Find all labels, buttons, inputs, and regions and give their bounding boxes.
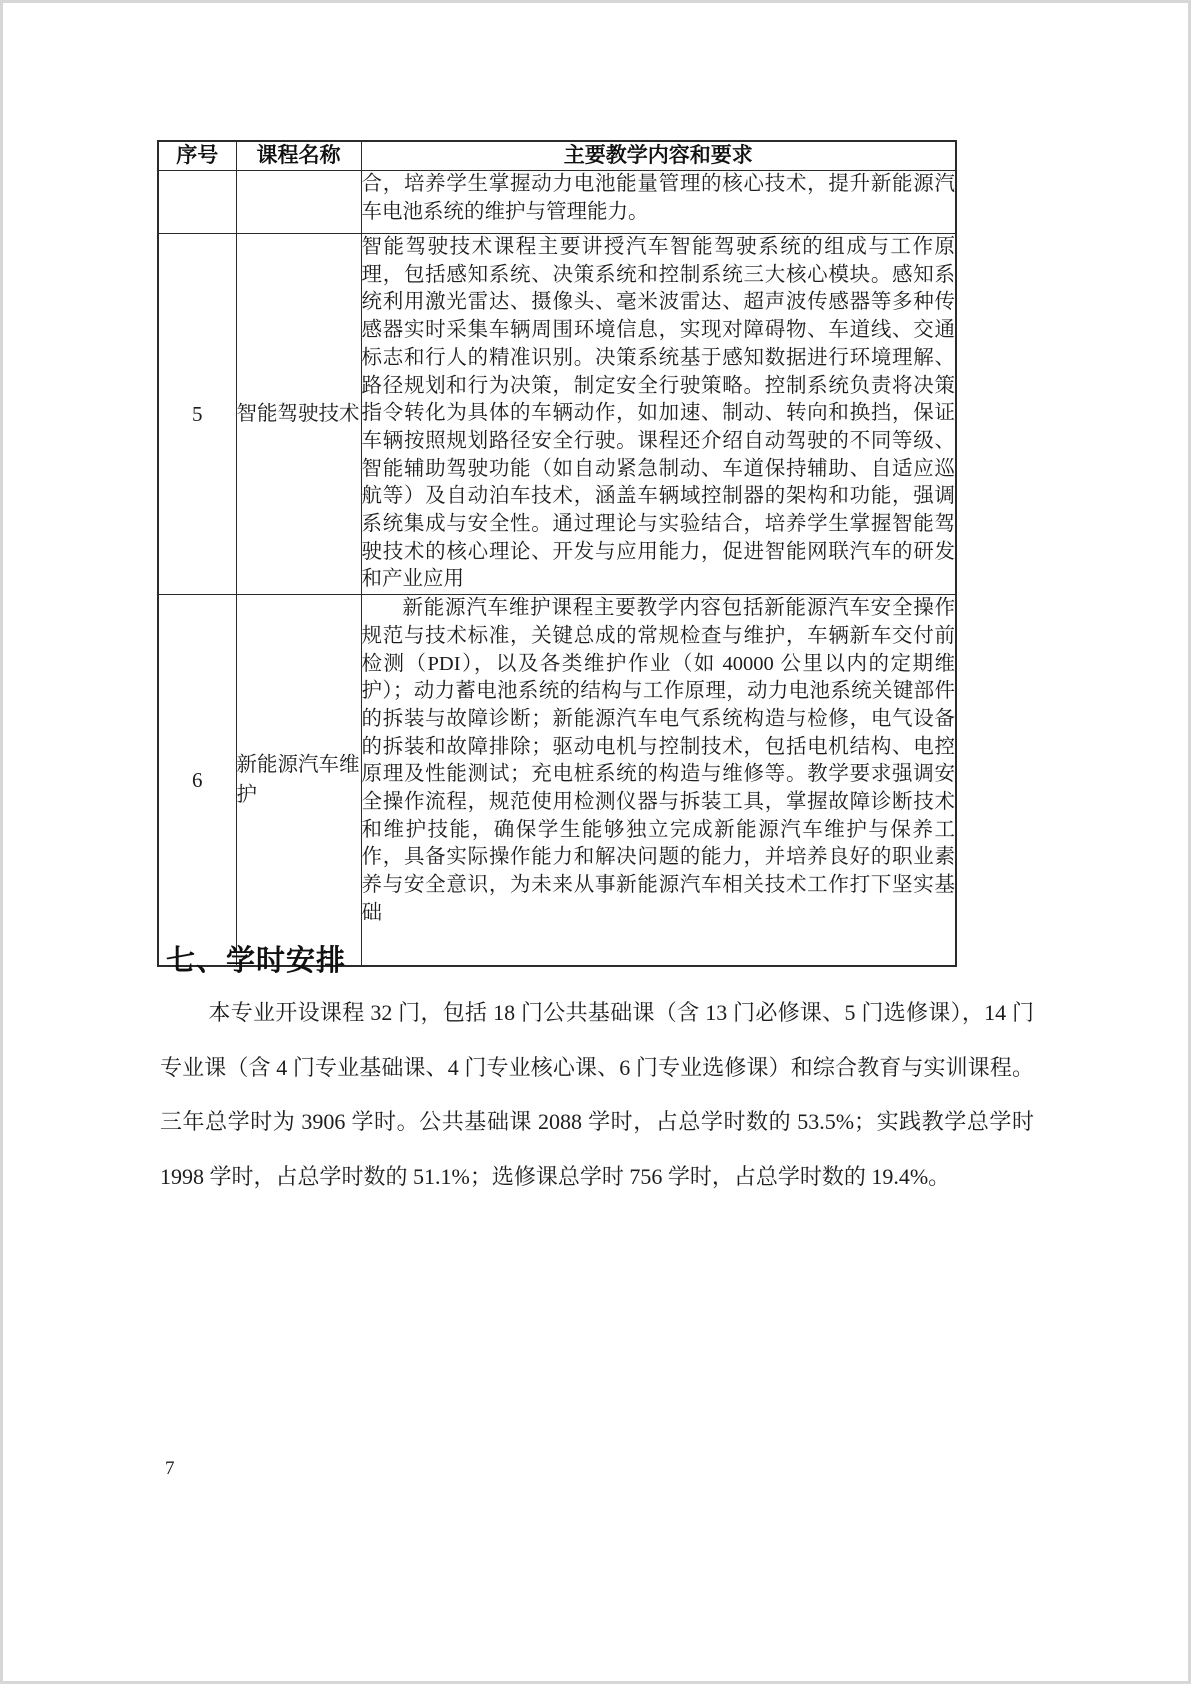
table-header-row: 序号 课程名称 主要教学内容和要求 [158,141,956,171]
table-row-continuation: 合，培养学生掌握动力电池能量管理的核心技术，提升新能源汽车电池系统的维护与管理能… [158,171,956,234]
cell-no: 6 [158,595,236,967]
cell-no: 5 [158,234,236,595]
document-page: 序号 课程名称 主要教学内容和要求 合，培养学生掌握动力电池能量管理的核心技术，… [0,0,1191,1684]
table-row-6: 6 新能源汽车维护 新能源汽车维护课程主要教学内容包括新能源汽车安全操作规范与技… [158,595,956,967]
header-cell-name: 课程名称 [236,141,361,171]
header-cell-content: 主要教学内容和要求 [361,141,956,171]
cell-course-content: 新能源汽车维护课程主要教学内容包括新能源汽车安全操作规范与技术标准，关键总成的常… [361,595,956,967]
cell-no [158,171,236,234]
section-heading: 七、学时安排 [166,938,346,979]
cell-course-name [236,171,361,234]
cell-course-name: 新能源汽车维护 [236,595,361,967]
course-table: 序号 课程名称 主要教学内容和要求 合，培养学生掌握动力电池能量管理的核心技术，… [157,140,957,967]
header-cell-no: 序号 [158,141,236,171]
cell-course-content: 智能驾驶技术课程主要讲授汽车智能驾驶系统的组成与工作原理，包括感知系统、决策系统… [361,234,956,595]
cell-course-content: 合，培养学生掌握动力电池能量管理的核心技术，提升新能源汽车电池系统的维护与管理能… [361,171,956,234]
cell-course-name: 智能驾驶技术 [236,234,361,595]
page-number: 7 [165,1458,175,1480]
hours-paragraph: 本专业开设课程 32 门，包括 18 门公共基础课（含 13 门必修课、5 门选… [160,986,1034,1204]
table-row-5: 5 智能驾驶技术 智能驾驶技术课程主要讲授汽车智能驾驶系统的组成与工作原理，包括… [158,234,956,595]
